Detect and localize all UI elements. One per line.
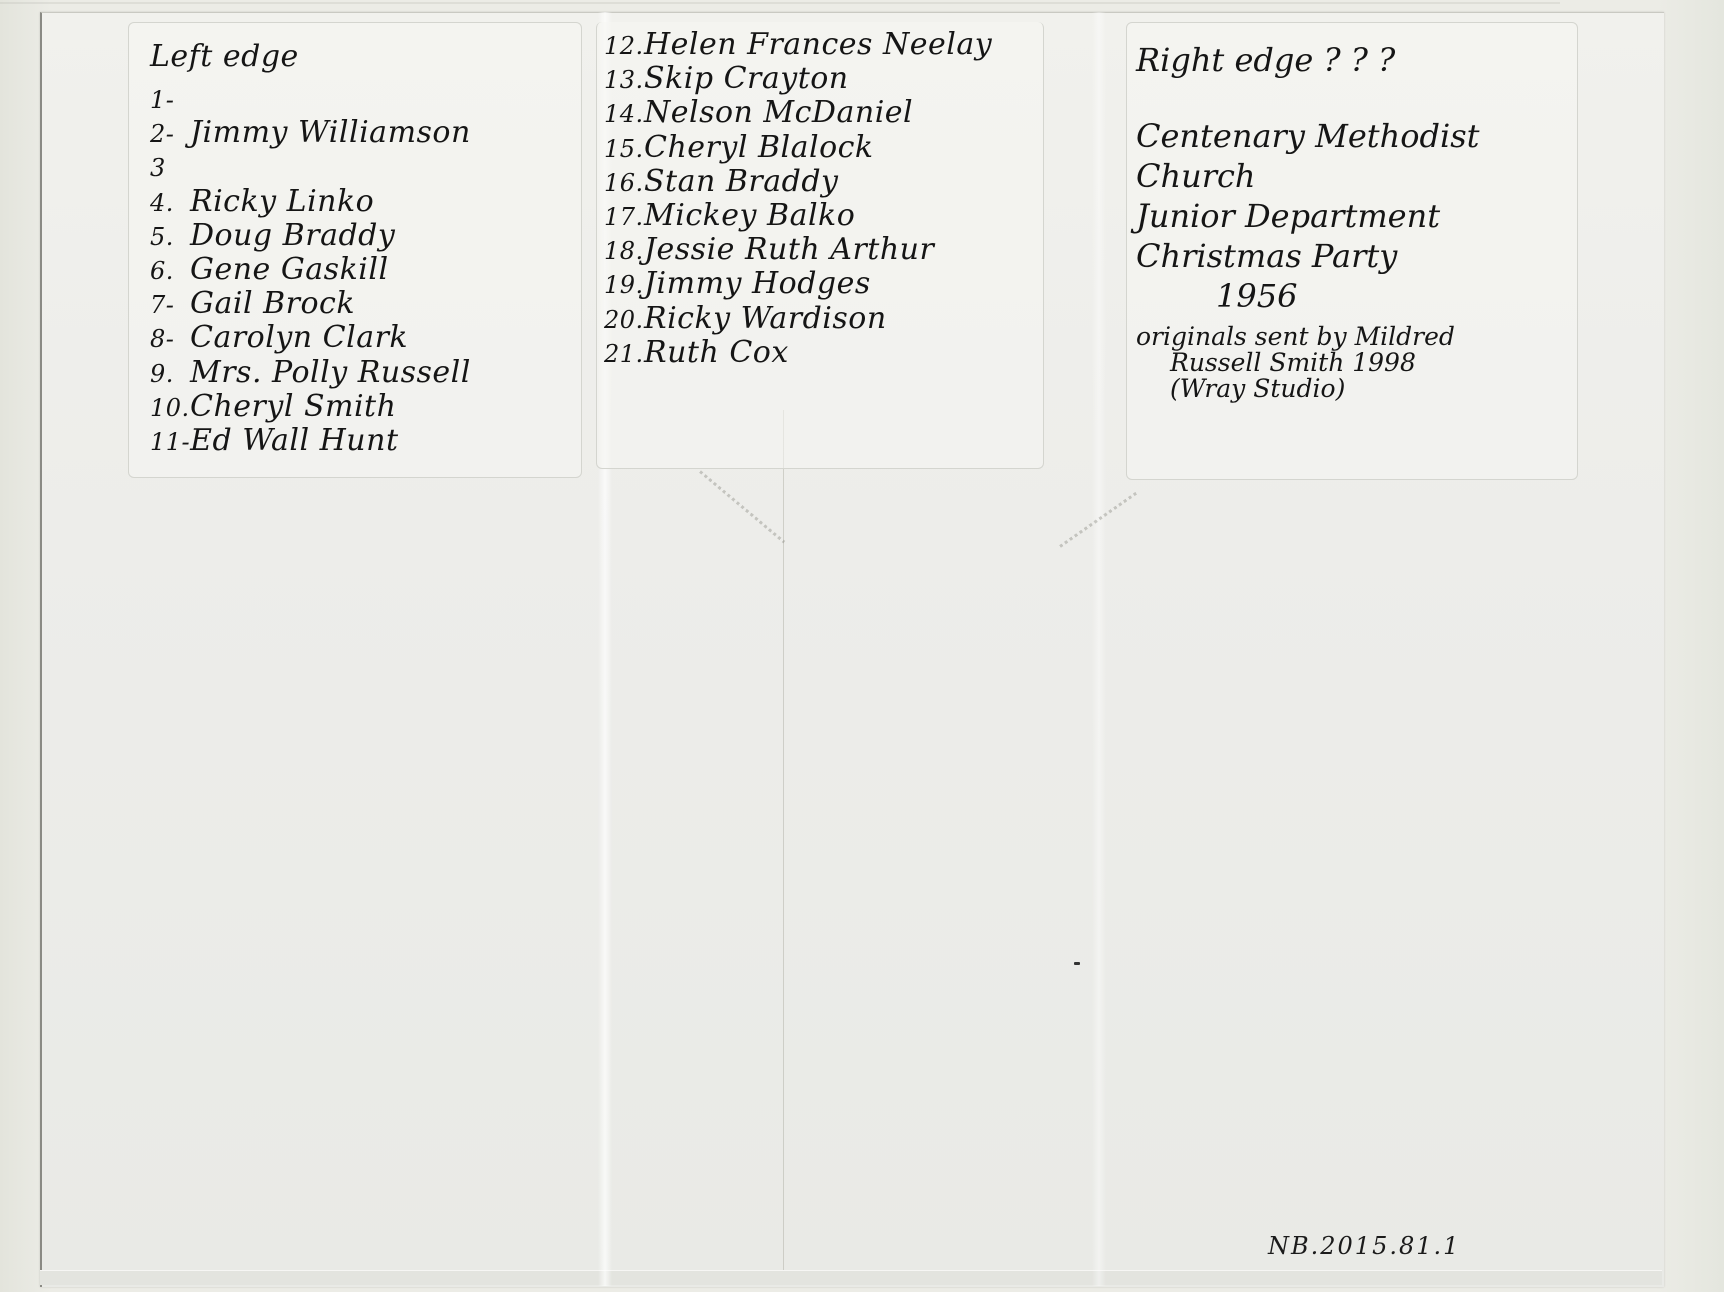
right-edge-heading: Right edge ? ? ? (1136, 40, 1480, 80)
event-title-line: Junior Department (1136, 196, 1480, 236)
entry-number: 21. (604, 337, 644, 371)
entry-number: 4. (150, 186, 190, 220)
entry-number: 2- (150, 117, 190, 151)
right-column: Right edge ? ? ? Centenary Methodist Chu… (1136, 40, 1480, 402)
entry-number: 17. (604, 200, 644, 234)
provenance-note-line: Russell Smith 1998 (1136, 350, 1480, 376)
entry-number: 12. (604, 29, 644, 63)
event-title-line: Centenary Methodist (1136, 116, 1480, 156)
list-item: 9.Mrs. Polly Russell (150, 356, 471, 390)
list-item: 16.Stan Braddy (604, 165, 992, 199)
list-item: 1- (150, 82, 471, 116)
entry-number: 13. (604, 63, 644, 97)
list-item: 12.Helen Frances Neelay (604, 28, 992, 62)
entry-number: 20. (604, 303, 644, 337)
list-item: 4.Ricky Linko (150, 185, 471, 219)
entry-name: Carolyn Clark (190, 320, 408, 355)
entry-number: 3 (150, 151, 190, 185)
list-item: 14.Nelson McDaniel (604, 96, 992, 130)
event-title-line: Church (1136, 156, 1480, 196)
entry-name: Jessie Ruth Arthur (644, 232, 934, 267)
entry-number: 1- (150, 83, 190, 117)
ink-mark (1074, 962, 1080, 965)
entry-name: Helen Frances Neelay (644, 27, 992, 62)
entry-name: Ricky Wardison (644, 301, 887, 336)
list-item: 11-Ed Wall Hunt (150, 424, 471, 458)
entry-number: 18. (604, 234, 644, 268)
entry-name: Doug Braddy (190, 218, 395, 253)
list-item: 7-Gail Brock (150, 287, 471, 321)
faint-guide-line (0, 2, 1560, 4)
entry-name: Ricky Linko (190, 184, 374, 219)
entry-number: 14. (604, 97, 644, 131)
entry-name: Jimmy Williamson (190, 115, 471, 150)
catalog-number: NB.2015.81.1 (1268, 1232, 1460, 1260)
entry-name: Mickey Balko (644, 198, 855, 233)
entry-number: 5. (150, 220, 190, 254)
entry-number: 15. (604, 132, 644, 166)
entry-number: 9. (150, 357, 190, 391)
entry-number: 7- (150, 288, 190, 322)
fold-crease (1092, 12, 1106, 1286)
list-item: 15.Cheryl Blalock (604, 131, 992, 165)
list-item: 3 (150, 150, 471, 184)
list-item: 21.Ruth Cox (604, 336, 992, 370)
entry-number: 8- (150, 322, 190, 356)
left-column: Left edge 1- 2-Jimmy Williamson 3 4.Rick… (150, 32, 471, 458)
entry-name: Gene Gaskill (190, 252, 389, 287)
entry-name: Stan Braddy (644, 164, 838, 199)
paper-bottom-edge (40, 1270, 1662, 1285)
entry-name: Nelson McDaniel (644, 95, 913, 130)
list-item: 18.Jessie Ruth Arthur (604, 233, 992, 267)
entry-name: Mrs. Polly Russell (190, 355, 471, 390)
list-item: 6.Gene Gaskill (150, 253, 471, 287)
entry-number: 16. (604, 166, 644, 200)
entry-number: 10. (150, 391, 190, 425)
left-edge-heading: Left edge (150, 32, 471, 82)
entry-number: 11- (150, 425, 190, 459)
entry-name: Gail Brock (190, 286, 355, 321)
list-item: 5.Doug Braddy (150, 219, 471, 253)
middle-column: 12.Helen Frances Neelay 13.Skip Crayton … (604, 28, 992, 370)
list-item: 17.Mickey Balko (604, 199, 992, 233)
event-title-line: Christmas Party (1136, 236, 1480, 276)
provenance-note-line: (Wray Studio) (1136, 376, 1480, 402)
entry-name: Ruth Cox (644, 335, 789, 370)
event-year: 1956 (1136, 276, 1480, 316)
entry-name: Ed Wall Hunt (190, 423, 398, 458)
list-item: 13.Skip Crayton (604, 62, 992, 96)
list-item: 20.Ricky Wardison (604, 302, 992, 336)
list-item: 8-Carolyn Clark (150, 321, 471, 355)
entry-number: 19. (604, 268, 644, 302)
entry-number: 6. (150, 254, 190, 288)
provenance-note-line: originals sent by Mildred (1136, 324, 1480, 350)
entry-name: Cheryl Smith (190, 389, 396, 424)
entry-name: Cheryl Blalock (644, 130, 874, 165)
list-item: 2-Jimmy Williamson (150, 116, 471, 150)
entry-name: Skip Crayton (644, 61, 849, 96)
list-item: 10.Cheryl Smith (150, 390, 471, 424)
list-item: 19.Jimmy Hodges (604, 267, 992, 301)
entry-name: Jimmy Hodges (644, 266, 871, 301)
